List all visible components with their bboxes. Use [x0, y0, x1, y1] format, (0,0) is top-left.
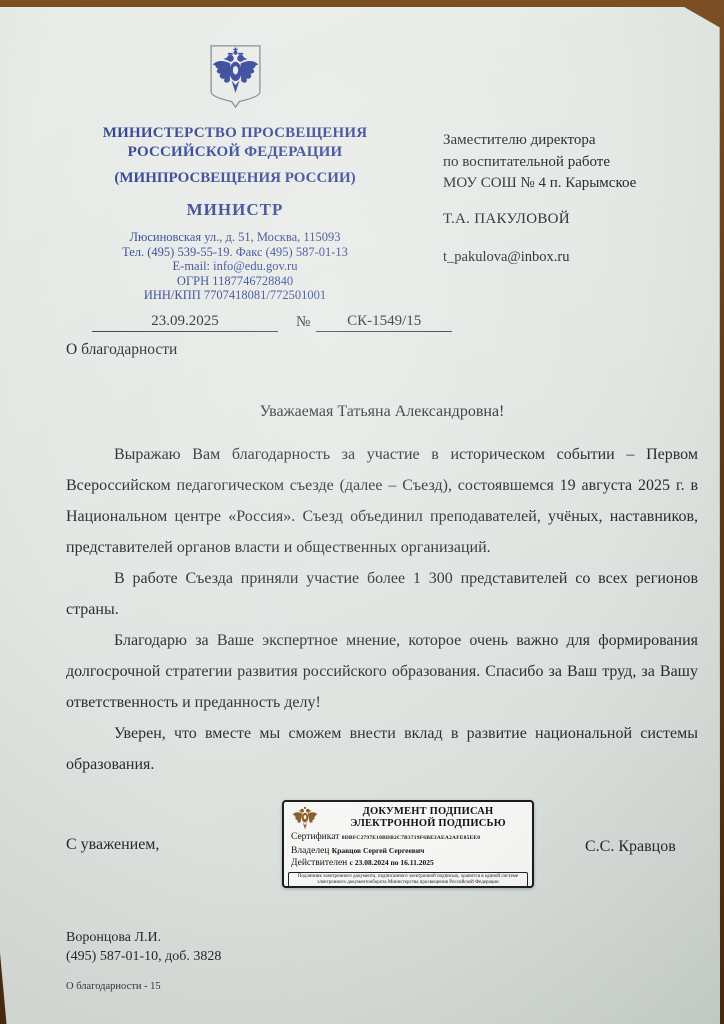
recipient-line: МОУ СОШ № 4 п. Карымское [443, 173, 715, 195]
letter-page: МИНИСТЕРСТВО ПРОСВЕЩЕНИЯ РОССИЙСКОЙ ФЕДЕ… [0, 7, 724, 1024]
ministry-name-line2: РОССИЙСКОЙ ФЕДЕРАЦИИ [35, 143, 435, 162]
coat-of-arms-icon [207, 43, 264, 110]
sender-position-title: МИНИСТР [35, 200, 435, 220]
stamp-owner-row: Владелец Кравцов Сергей Сергеевич [284, 845, 532, 858]
executor-phone: (495) 587-01-10, доб. 3828 [66, 947, 221, 966]
body-paragraph: Благодарю за Ваше экспертное мнение, кот… [66, 625, 698, 718]
certificate-label: Сертификат [291, 832, 339, 842]
footer-page-label: О благодарности - 15 [66, 981, 161, 992]
inn-kpp-line: ИНН/КПП 7707418081/772501001 [35, 288, 435, 303]
body-paragraph: Уверен, что вместе мы сможем внести вкла… [66, 718, 698, 780]
recipient-email: t_pakulova@inbox.ru [443, 247, 715, 269]
certificate-value: 0DBFC2797E10BDB2C7B3719F6BE3AEA2AFE85EE0 [342, 835, 481, 841]
digital-signature-stamp: ДОКУМЕНТ ПОДПИСАН ЭЛЕКТРОННОЙ ПОДПИСЬЮ С… [282, 800, 534, 888]
recipient-block: Заместителю директора по воспитательной … [443, 130, 715, 269]
phone-fax-line: Тел. (495) 539-55-19. Факс (495) 587-01-… [35, 245, 435, 260]
letter-number: СК-1549/15 [316, 313, 452, 332]
ministry-contact-block: Люсиновская ул., д. 51, Москва, 115093 Т… [35, 230, 435, 303]
owner-label: Владелец [291, 846, 329, 856]
letterhead: МИНИСТЕРСТВО ПРОСВЕЩЕНИЯ РОССИЙСКОЙ ФЕДЕ… [35, 43, 435, 303]
stamp-eagle-icon [290, 805, 320, 831]
stamp-title-line2: ЭЛЕКТРОННОЙ ПОДПИСЬЮ [328, 818, 528, 830]
letter-date: 23.09.2025 [92, 313, 278, 332]
signer-name: С.С. Кравцов [585, 838, 676, 856]
stamp-header: ДОКУМЕНТ ПОДПИСАН ЭЛЕКТРОННОЙ ПОДПИСЬЮ [284, 802, 532, 832]
validity-label: Действителен [291, 858, 347, 868]
ministry-name-line1: МИНИСТЕРСТВО ПРОСВЕЩЕНИЯ [35, 124, 435, 143]
recipient-line: Заместителю директора [443, 130, 715, 152]
validity-value: с 23.08.2024 по 16.11.2025 [350, 858, 434, 867]
recipient-name: Т.А. ПАКУЛОВОЙ [443, 209, 715, 231]
reference-row: 23.09.2025 № СК-1549/15 [92, 313, 452, 332]
body-paragraph: Выражаю Вам благодарность за участие в и… [66, 439, 698, 563]
closing-phrase: С уважением, [66, 836, 159, 854]
stamp-validity-row: Действителен с 23.08.2024 по 16.11.2025 [284, 857, 532, 870]
stamp-title: ДОКУМЕНТ ПОДПИСАН ЭЛЕКТРОННОЙ ПОДПИСЬЮ [328, 806, 528, 830]
number-sign: № [296, 314, 310, 331]
letter-subject: О благодарности [66, 341, 177, 359]
executor-block: Воронцова Л.И. (495) 587-01-10, доб. 382… [66, 928, 221, 966]
stamp-certificate-row: Сертификат 0DBFC2797E10BDB2C7B3719F6BE3A… [284, 832, 532, 845]
owner-value: Кравцов Сергей Сергеевич [332, 846, 425, 855]
email-line: E-mail: info@edu.gov.ru [35, 259, 435, 274]
address-line: Люсиновская ул., д. 51, Москва, 115093 [35, 230, 435, 245]
ogrn-line: ОГРН 1187746728840 [35, 274, 435, 289]
ministry-short-name: (МИНПРОСВЕЩЕНИЯ РОССИИ) [35, 169, 435, 187]
recipient-line: по воспитательной работе [443, 152, 715, 174]
salutation: Уважаемая Татьяна Александровна! [66, 396, 698, 427]
body-paragraph: В работе Съезда приняли участие более 1 … [66, 563, 698, 625]
letter-body: Уважаемая Татьяна Александровна! Выражаю… [66, 396, 698, 780]
stamp-title-line1: ДОКУМЕНТ ПОДПИСАН [328, 806, 528, 818]
executor-name: Воронцова Л.И. [66, 928, 221, 947]
stamp-footnote: Подлинник электронного документа, подпис… [288, 872, 528, 888]
